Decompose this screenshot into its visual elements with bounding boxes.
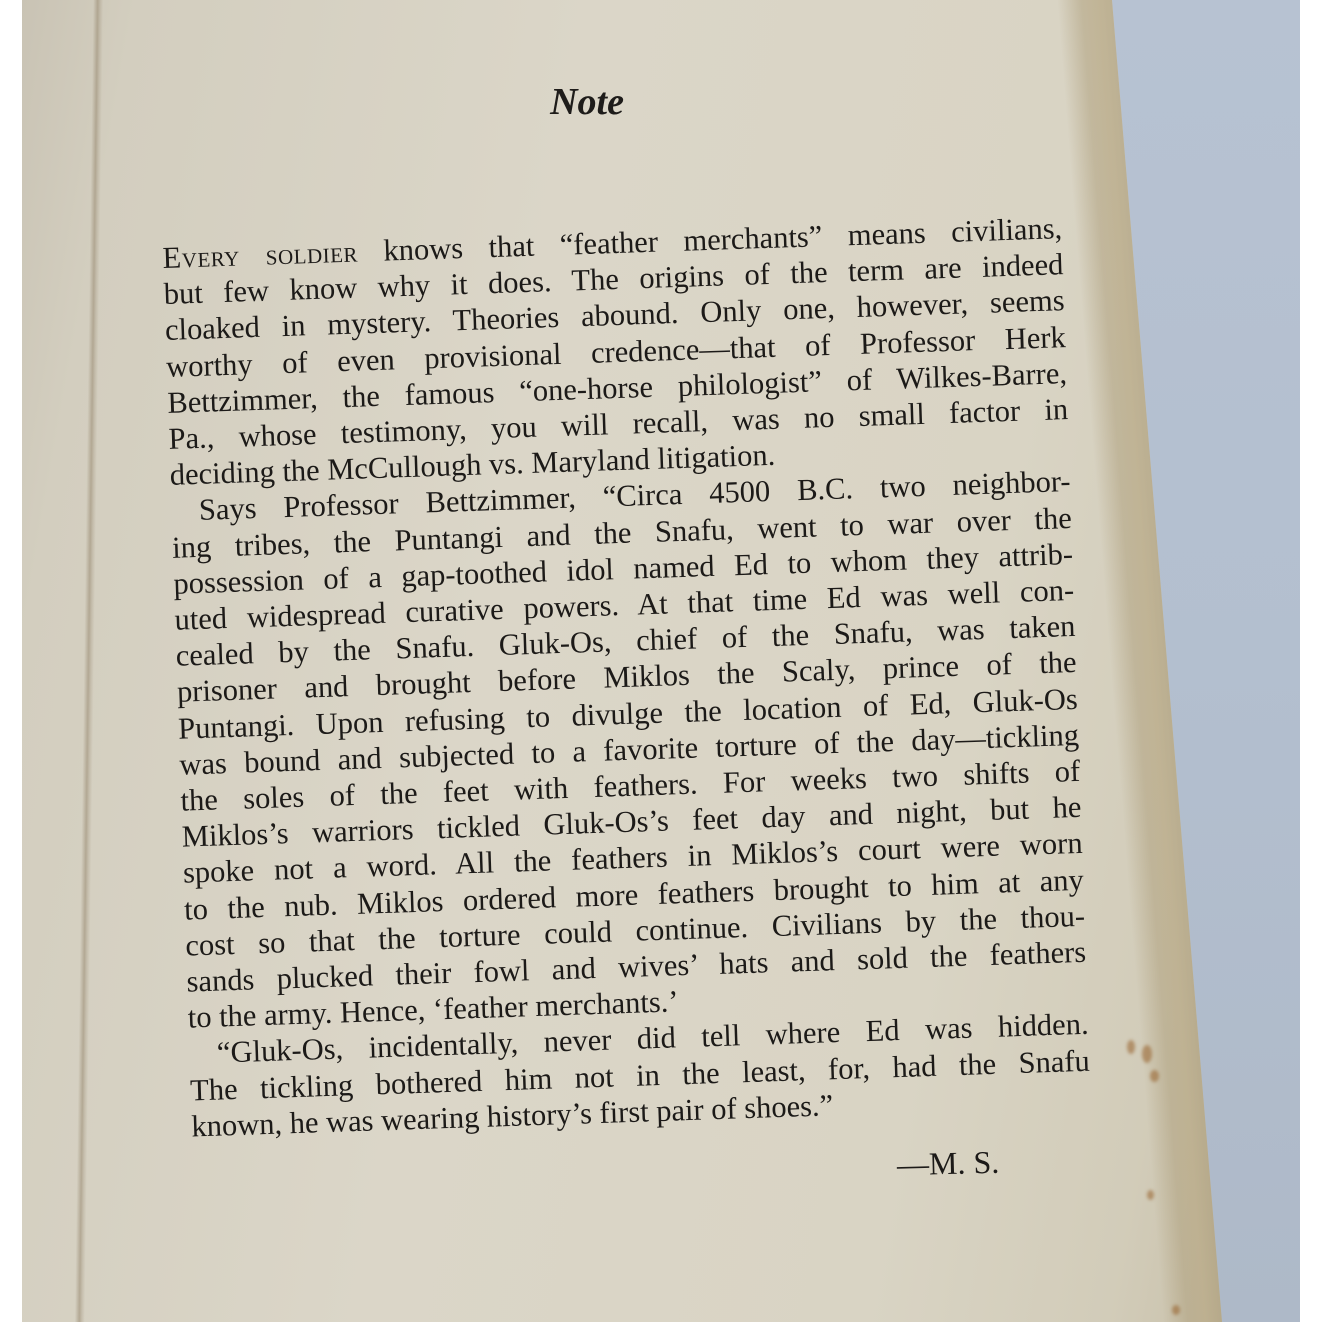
foxing-stain bbox=[1127, 1040, 1135, 1054]
foxing-stain bbox=[1147, 1190, 1154, 1200]
page-title: Note bbox=[22, 80, 1152, 124]
foxing-stain bbox=[1172, 1305, 1180, 1315]
foxing-stain bbox=[1142, 1045, 1152, 1063]
note-body: Every soldier knows that “feather mercha… bbox=[162, 210, 1092, 1144]
author-signature: —M. S. bbox=[897, 1144, 1000, 1184]
page-gutter bbox=[75, 0, 103, 1322]
lead-smallcaps: Every soldier bbox=[162, 235, 358, 275]
book-photo: Note Every soldier knows that “feather m… bbox=[22, 0, 1300, 1322]
foxing-stain bbox=[1150, 1070, 1159, 1082]
